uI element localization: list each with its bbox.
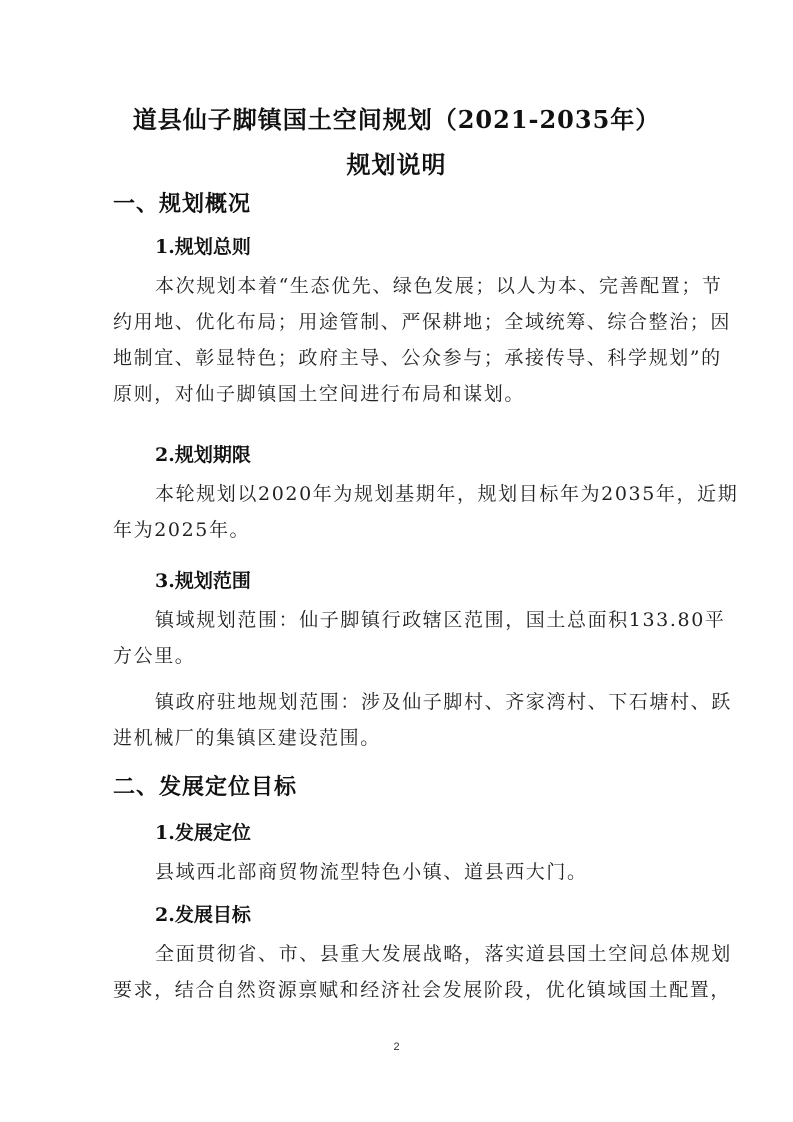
paragraph-line: 地制宜、彰显特色；政府主导、公众参与；承接传导、科学规划”的 <box>113 340 675 376</box>
section-heading-overview: 一、规划概况 <box>113 187 251 218</box>
subsection-heading-planning-scope: 3.规划范围 <box>155 566 251 593</box>
paragraph-line: 原则，对仙子脚镇国土空间进行布局和谋划。 <box>113 376 675 412</box>
subsection-heading-development-goals: 2.发展目标 <box>155 900 251 927</box>
paragraph-line: 镇政府驻地规划范围：涉及仙子脚村、齐家湾村、下石塘村、跃 <box>113 684 675 720</box>
paragraph-development-goals: 全面贯彻省、市、县重大发展战略，落实道县国土空间总体规划 要求，结合自然资源禀赋… <box>113 936 675 1008</box>
paragraph-line: 年为2025年。 <box>113 512 675 548</box>
document-page: 道县仙子脚镇国土空间规划（2021-2035年） 规划说明 一、规划概况 1.规… <box>0 0 793 1122</box>
paragraph-line: 本次规划本着“生态优先、绿色发展；以人为本、完善配置；节 <box>113 268 675 304</box>
subsection-heading-general-principles: 1.规划总则 <box>155 232 251 259</box>
paragraph-line: 方公里。 <box>113 638 675 674</box>
paragraph-line: 县域西北部商贸物流型特色小镇、道县西大门。 <box>113 854 675 890</box>
page-number: 2 <box>0 1041 793 1053</box>
paragraph-line: 约用地、优化布局；用途管制、严保耕地；全域统筹、综合整治；因 <box>113 304 675 340</box>
subsection-heading-planning-period: 2.规划期限 <box>155 440 251 467</box>
paragraph-line: 镇域规划范围：仙子脚镇行政辖区范围，国土总面积133.80平 <box>113 602 675 638</box>
paragraph-line: 要求，结合自然资源禀赋和经济社会发展阶段，优化镇域国土配置， <box>113 972 675 1008</box>
section-heading-development-positioning: 二、发展定位目标 <box>113 770 297 801</box>
paragraph-town-scope: 镇域规划范围：仙子脚镇行政辖区范围，国土总面积133.80平 方公里。 <box>113 602 675 674</box>
paragraph-development-positioning: 县域西北部商贸物流型特色小镇、道县西大门。 <box>113 854 675 890</box>
paragraph-line: 进机械厂的集镇区建设范围。 <box>113 720 675 756</box>
paragraph-line: 本轮规划以2020年为规划基期年，规划目标年为2035年，近期 <box>113 476 675 512</box>
paragraph-planning-period: 本轮规划以2020年为规划基期年，规划目标年为2035年，近期 年为2025年。 <box>113 476 675 548</box>
paragraph-general-principles: 本次规划本着“生态优先、绿色发展；以人为本、完善配置；节 约用地、优化布局；用途… <box>113 268 675 412</box>
paragraph-line: 全面贯彻省、市、县重大发展战略，落实道县国土空间总体规划 <box>113 936 675 972</box>
document-title: 道县仙子脚镇国土空间规划（2021-2035年） <box>0 100 793 135</box>
paragraph-government-seat-scope: 镇政府驻地规划范围：涉及仙子脚村、齐家湾村、下石塘村、跃 进机械厂的集镇区建设范… <box>113 684 675 756</box>
document-subtitle: 规划说明 <box>0 145 793 180</box>
subsection-heading-development-positioning: 1.发展定位 <box>155 818 251 845</box>
